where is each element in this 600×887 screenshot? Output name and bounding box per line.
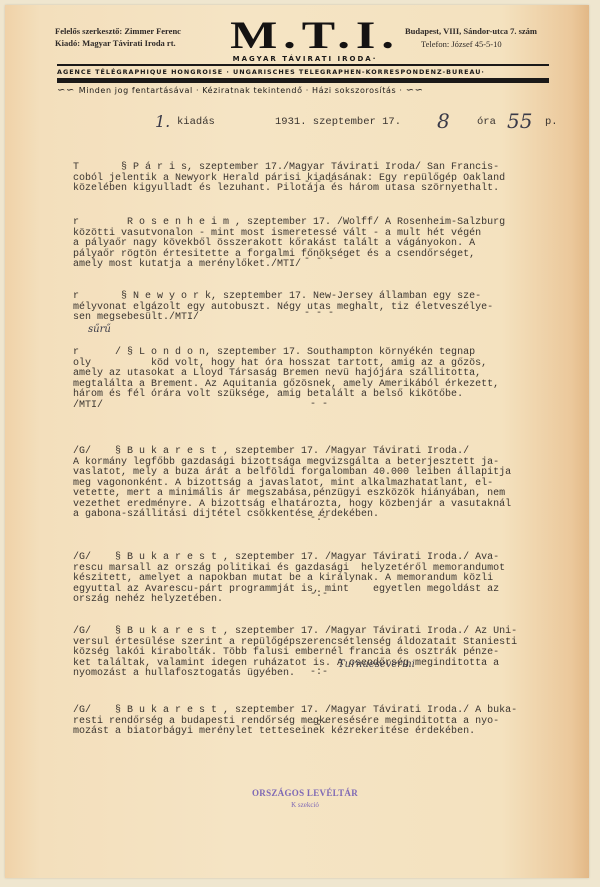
item-separator: - - - <box>73 308 565 319</box>
editor-line: Felelős szerkesztő: Zimmer Ferenc <box>55 25 181 37</box>
address-line: Budapest, VIII, Sándor-utca 7. szám <box>405 25 537 38</box>
item-separator: - - <box>73 399 565 410</box>
archive-stamp-section: K szekció <box>230 801 380 809</box>
edition-label: kiadás <box>177 116 215 128</box>
publisher-line: Kiadó: Magyar Távirati Iroda rt. <box>55 37 181 49</box>
divider-rule <box>57 64 549 66</box>
edition-number: 1. <box>155 112 170 131</box>
ornament-swirl-icon: ∽∽ <box>57 85 79 96</box>
issue-hour: 8 <box>437 109 450 133</box>
minute-label: p. <box>545 116 558 128</box>
rights-text: Minden jog fentartásával · Kéziratnak te… <box>79 86 403 95</box>
ornament-swirl-icon: ∽∽ <box>406 85 424 96</box>
agency-name-multilingual: AGENCE TÉLÉGRAPHIQUE HONGROISE · UNGARIS… <box>57 68 549 76</box>
item-separator: -:- <box>73 513 565 524</box>
agency-name-hu: MAGYAR TÁVIRATI IRODA· <box>180 55 430 63</box>
item-separator: -:- <box>73 718 565 729</box>
item-separator: -:- <box>73 589 565 600</box>
issue-date: 1931. szeptember 17. <box>275 116 401 128</box>
news-item-text: /G/ § B u k a r e s t , szeptember 17. /… <box>73 447 565 521</box>
rights-line: ∽∽ Minden jog fentartásával · Kéziratnak… <box>57 85 549 96</box>
mti-logo: M.T.I. <box>205 17 425 53</box>
news-item-london: r / § L o n d o n, szeptember 17. Southa… <box>73 327 565 432</box>
handwritten-note: sűrű <box>88 324 111 335</box>
archive-stamp-title: ORSZÁGOS LEVÉLTÁR <box>230 788 380 798</box>
phone-line: Telefon: József 45-5-10 <box>405 38 537 51</box>
letterhead-right: Budapest, VIII, Sándor-utca 7. szám Tele… <box>405 25 537 51</box>
hour-label: óra <box>477 116 496 128</box>
item-separator: - - - <box>73 177 565 188</box>
news-item-bukarest-1: /G/ § B u k a r e s t , szeptember 17. /… <box>73 426 565 542</box>
item-separator: -:- <box>73 667 565 678</box>
issue-minute: 55 <box>507 109 532 133</box>
divider-rule-thick <box>57 78 549 83</box>
archive-stamp: ORSZÁGOS LEVÉLTÁR K szekció <box>230 788 380 809</box>
item-separator: - - - <box>73 254 565 265</box>
letterhead-left: Felelős szerkesztő: Zimmer Ferenc Kiadó:… <box>55 25 181 49</box>
document-page: Felelős szerkesztő: Zimmer Ferenc Kiadó:… <box>5 5 589 878</box>
